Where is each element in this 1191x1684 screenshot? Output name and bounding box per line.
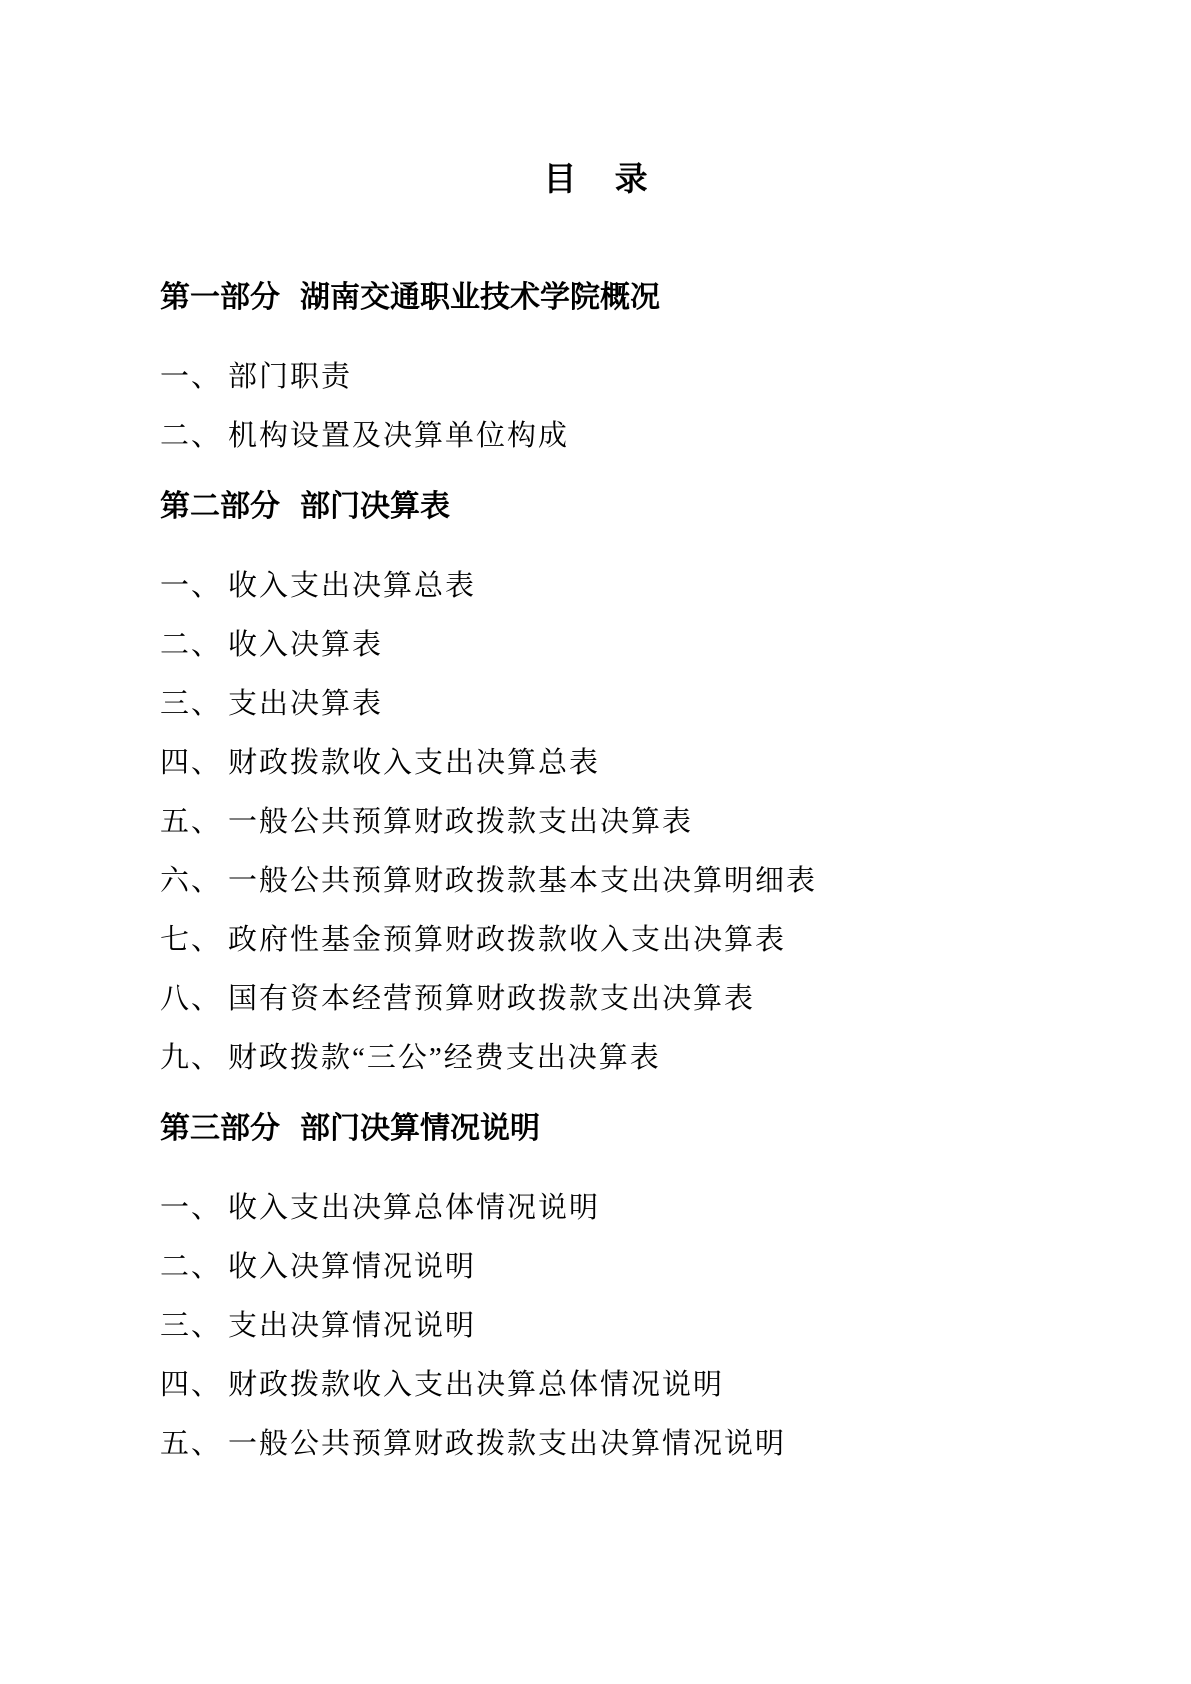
section-heading-title: 部门决算情况说明 xyxy=(300,1113,540,1144)
toc-entry: 七、 政府性基金预算财政拨款收入支出决算表 xyxy=(160,926,1051,955)
toc-entry: 二、 收入决算情况说明 xyxy=(160,1253,1051,1282)
toc-entry-num: 四、 xyxy=(160,1371,222,1400)
toc-entry-text: 收入支出决算总表 xyxy=(228,572,476,601)
toc-entry-text: 收入决算情况说明 xyxy=(228,1253,476,1282)
toc-entry-text: 收入支出决算总体情况说明 xyxy=(228,1194,600,1223)
toc-entry-num: 一、 xyxy=(160,363,222,392)
toc-entry-text: 财政拨款“三公”经费支出决算表 xyxy=(228,1044,661,1073)
toc-entry-text: 机构设置及决算单位构成 xyxy=(228,422,569,451)
document-page: 目 录 第一部分 湖南交通职业技术学院概况 一、 部门职责 二、 机构设置及决算… xyxy=(0,0,1191,1684)
toc-entry-text: 一般公共预算财政拨款基本支出决算明细表 xyxy=(228,867,817,896)
toc-entry-text: 财政拨款收入支出决算总表 xyxy=(228,749,600,778)
toc-entry-num: 五、 xyxy=(160,808,222,837)
toc-entry-num: 五、 xyxy=(160,1430,222,1459)
toc-section-1: 第一部分 湖南交通职业技术学院概况 一、 部门职责 二、 机构设置及决算单位构成 xyxy=(160,282,1051,451)
toc-entry: 二、 机构设置及决算单位构成 xyxy=(160,422,1051,451)
toc-entry-num: 一、 xyxy=(160,1194,222,1223)
toc-entry: 一、 收入支出决算总体情况说明 xyxy=(160,1194,1051,1223)
toc-entry-text: 一般公共预算财政拨款支出决算情况说明 xyxy=(228,1430,786,1459)
toc-section-2: 第二部分 部门决算表 一、 收入支出决算总表 二、 收入决算表 三、 支出决算表… xyxy=(160,491,1051,1073)
toc-entry-text: 部门职责 xyxy=(228,363,352,392)
toc-entry: 一、 部门职责 xyxy=(160,363,1051,392)
toc-entry-num: 七、 xyxy=(160,926,222,955)
toc-entry-num: 三、 xyxy=(160,690,222,719)
page-title: 目 录 xyxy=(160,160,1031,200)
toc-entry-num: 一、 xyxy=(160,572,222,601)
toc-entry-num: 二、 xyxy=(160,631,222,660)
toc-entry: 一、 收入支出决算总表 xyxy=(160,572,1051,601)
toc-entry: 四、 财政拨款收入支出决算总体情况说明 xyxy=(160,1371,1051,1400)
toc-entry-text: 支出决算表 xyxy=(228,690,383,719)
section-heading-title: 部门决算表 xyxy=(300,491,450,522)
toc-section-3: 第三部分 部门决算情况说明 一、 收入支出决算总体情况说明 二、 收入决算情况说… xyxy=(160,1113,1051,1459)
toc-entry: 二、 收入决算表 xyxy=(160,631,1051,660)
section-heading-num: 第三部分 xyxy=(160,1113,280,1144)
section-heading: 第三部分 部门决算情况说明 xyxy=(160,1113,1051,1144)
toc-entry-num: 九、 xyxy=(160,1044,222,1073)
toc-entry: 六、 一般公共预算财政拨款基本支出决算明细表 xyxy=(160,867,1051,896)
toc-entry-text: 财政拨款收入支出决算总体情况说明 xyxy=(228,1371,724,1400)
toc-entry: 五、 一般公共预算财政拨款支出决算表 xyxy=(160,808,1051,837)
toc-entry-num: 六、 xyxy=(160,867,222,896)
toc-entry-text: 政府性基金预算财政拨款收入支出决算表 xyxy=(228,926,786,955)
toc-entry: 五、 一般公共预算财政拨款支出决算情况说明 xyxy=(160,1430,1051,1459)
toc-entry-text: 国有资本经营预算财政拨款支出决算表 xyxy=(228,985,755,1014)
toc-entry-num: 二、 xyxy=(160,1253,222,1282)
toc-entry-num: 三、 xyxy=(160,1312,222,1341)
toc-entry-num: 八、 xyxy=(160,985,222,1014)
toc-entry-num: 二、 xyxy=(160,422,222,451)
toc-entry: 九、 财政拨款“三公”经费支出决算表 xyxy=(160,1044,1051,1073)
section-heading: 第一部分 湖南交通职业技术学院概况 xyxy=(160,282,1051,313)
toc-entry: 三、 支出决算表 xyxy=(160,690,1051,719)
section-heading-num: 第二部分 xyxy=(160,491,280,522)
section-heading-title: 湖南交通职业技术学院概况 xyxy=(300,282,660,313)
section-heading-num: 第一部分 xyxy=(160,282,280,313)
toc-entry: 四、 财政拨款收入支出决算总表 xyxy=(160,749,1051,778)
toc-entry: 三、 支出决算情况说明 xyxy=(160,1312,1051,1341)
toc-entry: 八、 国有资本经营预算财政拨款支出决算表 xyxy=(160,985,1051,1014)
toc-entry-text: 一般公共预算财政拨款支出决算表 xyxy=(228,808,693,837)
section-heading: 第二部分 部门决算表 xyxy=(160,491,1051,522)
toc-entry-num: 四、 xyxy=(160,749,222,778)
toc-entry-text: 支出决算情况说明 xyxy=(228,1312,476,1341)
toc-entry-text: 收入决算表 xyxy=(228,631,383,660)
